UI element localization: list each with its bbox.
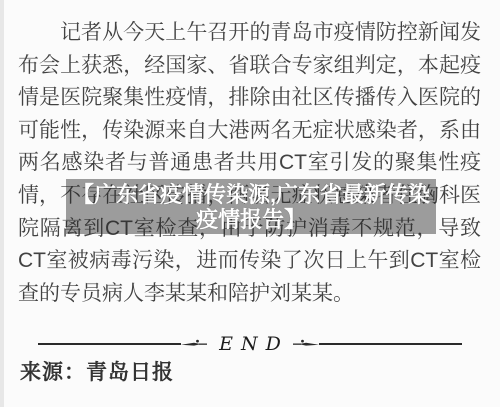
source-line: 来源：青岛日报 (20, 361, 174, 385)
article-paragraph: 记者从今天上午召开的青岛市疫情防控新闻发布会上获悉，经国家、省联合专家组判定，本… (18, 17, 481, 310)
end-divider: END (38, 337, 462, 351)
watermark-title-line1: 【广东省疫情传染源,广东省最新传染 (66, 182, 436, 207)
end-label: END (219, 337, 289, 351)
watermark-title-line2: 疫情报告】 (66, 207, 436, 232)
divider-line-right (319, 343, 462, 345)
title-watermark-overlay: 【广东省疫情传染源,广东省最新传染 疫情报告】 (66, 179, 436, 234)
divider-line-left (38, 343, 181, 345)
divider-ornament-left (181, 338, 207, 350)
article-page: 记者从今天上午召开的青岛市疫情防控新闻发布会上获悉，经国家、省联合专家组判定，本… (0, 0, 500, 407)
left-edge-strip (0, 0, 4, 407)
divider-ornament-right (293, 338, 319, 350)
